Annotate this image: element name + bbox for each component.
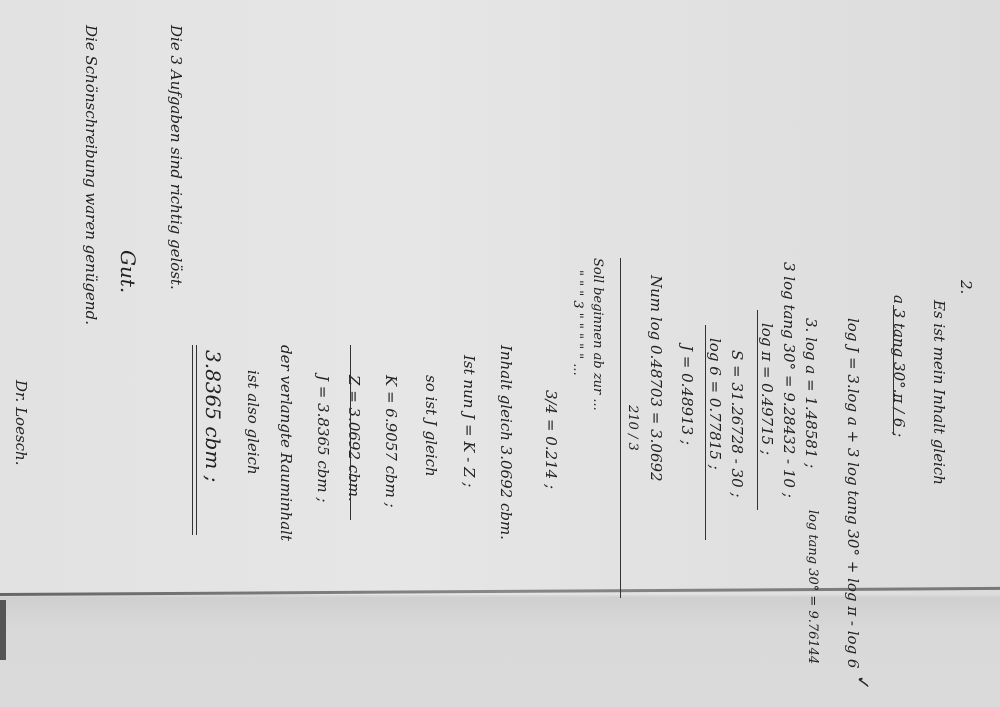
formula-line: 3. log a = 1.48581 ; <box>802 318 820 468</box>
text-line: Soll beginnen ab zur ... <box>590 258 605 411</box>
result-line <box>350 345 351 520</box>
teacher-note: Die Schönschreibung waren genügend. <box>82 25 100 325</box>
text-line: Ist nun J = K - Z ; <box>460 355 478 487</box>
fraction-bar <box>893 305 894 435</box>
side-note: log tang 30° = 9.76144 <box>805 510 820 664</box>
text-line: Es ist mein Inhalt gleich <box>930 300 948 485</box>
text-line: ist also gleich <box>244 370 262 475</box>
formula-line: S = 31.26728 - 30 ; <box>728 350 746 497</box>
formula-line: J = 3.8365 cbm ; <box>314 375 332 502</box>
difference-line <box>705 325 706 540</box>
formula-line: log π = 0.49715 ; <box>758 323 776 455</box>
formula-line: log 6 = 0.77815 ; <box>706 338 724 470</box>
text-line: Inhalt gleich 3.0692 cbm. <box>497 345 515 540</box>
formula-line: J = 0.48913 ; <box>678 345 696 445</box>
teacher-grade: Gut. <box>116 250 140 293</box>
text-line: so ist J gleich <box>422 375 440 477</box>
formula-line: 3 log tang 30° = 9.28432 - 10 ; <box>780 262 798 498</box>
formula-line: 210 / 3 <box>625 405 640 451</box>
text-line: " " " 3 " " " " " ... <box>570 270 585 376</box>
page-number: 2. <box>957 280 975 294</box>
divider-line <box>620 258 621 598</box>
page-edge-shadow <box>0 600 6 660</box>
teacher-signature: Dr. Loesch. <box>12 380 30 465</box>
final-answer: 3.8365 cbm ; <box>201 350 225 482</box>
text-line: der verlangte Rauminhalt <box>277 345 295 541</box>
formula-line: log J = 3.log a + 3 log tang 30° + log π… <box>844 318 862 668</box>
double-underline <box>192 345 197 535</box>
formula-line: Num log 0.48703 = 3.0692 <box>647 275 665 482</box>
formula-line: K = 6.9057 cbm ; <box>382 375 400 508</box>
formula-line: Z = 3.0692 cbm. <box>345 375 363 502</box>
teacher-note: Die 3 Aufgaben sind richtig gelöst. <box>167 25 185 290</box>
formula-line: 3/4 = 0.214 ; <box>542 390 560 489</box>
check-mark-icon: ✓ <box>852 675 873 690</box>
sum-line <box>757 310 758 510</box>
